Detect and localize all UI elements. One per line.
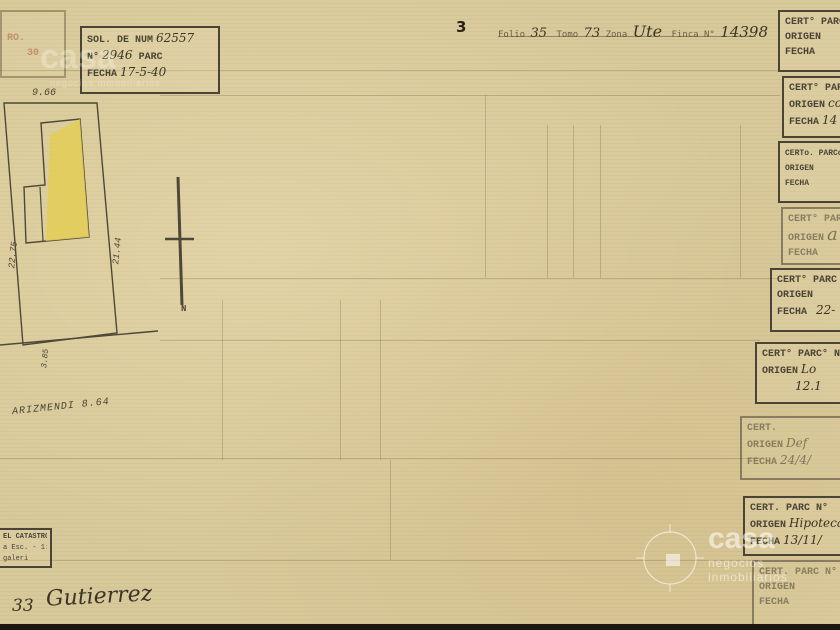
grid-line [222,300,223,460]
cert-stamp: CERT° PARC° N° ORIGENLo 12.1 [755,342,840,404]
fecha-label: FECHA [785,179,809,188]
fecha-label: FECHA [788,248,818,259]
grid-line [160,278,780,279]
origen-value: co [828,96,840,110]
fecha-value: 22- [816,303,835,317]
sol-fecha-value: 17-5-40 [120,65,166,79]
zona-value: Ute [633,22,662,41]
watermark-tagline-top: negocios inmobiliarios [50,78,161,88]
cert-label: CERT° PARC [788,212,840,227]
fecha-label: FECHA [789,117,819,128]
fecha-label: FECHA [759,597,789,608]
cert-label: CERT° PARC [777,273,840,288]
origen-value: a [827,227,838,245]
cert-label: CERT. [747,421,840,436]
cert-stamp: CERT° PARC ORIGEN FECHA [778,10,840,72]
grid-line [485,95,486,278]
cert-label: CERT° PARC [789,81,840,96]
grid-line [573,125,574,278]
origen-label: ORIGEN [785,32,821,43]
folio-value: 35 [531,26,548,41]
bottom-border [0,624,840,630]
signature: Gutierrez [45,581,152,612]
tomo-label: Tomo [556,30,578,40]
grid-line [547,125,548,278]
header-fields: Folio 35 Tomo 73 Zona Ute Finca N° 14398 [498,22,768,41]
origen-value: Def [786,436,807,450]
tomo-value: 73 [584,26,601,41]
north-arrow-icon [160,175,200,315]
origen-label: ORIGEN [788,233,824,244]
cert-stamp: CERT. ORIGENDef FECHA24/4/ [740,416,840,480]
finca-label: Finca N° [671,30,714,40]
header-underline [498,36,756,37]
origen-label: ORIGEN [762,366,798,377]
fecha-value: 13/11/ [783,533,822,547]
cert-label: CERT° PARC° N° [762,347,840,362]
finca-value: 14398 [720,23,768,41]
watermark-brand: casa [708,522,775,556]
cert-label: CERTo. PARCo. [785,146,840,161]
cert-stamp: CERT° PARC ORIGENco FECHA14 [782,76,840,138]
fecha-value: 12.1 [795,379,822,393]
sol-num-value: 62557 [156,31,194,45]
fecha-value: 24/4/ [780,453,811,467]
grid-line [340,300,341,460]
origen-label: ORIGEN [785,164,814,173]
fecha-label: FECHA [747,457,777,468]
watermark-logo-icon [630,518,710,598]
grid-line [160,95,780,96]
catastro-line1: EL CATASTRO [3,532,47,543]
fecha-value: 14 [822,113,837,127]
grid-line [160,340,760,341]
parc-suffix: PARC [139,52,163,63]
cadastral-sheet: 3 Folio 35 Tomo 73 Zona Ute Finca N° 143… [0,0,840,624]
origen-value: Lo [801,362,816,376]
origen-label: ORIGEN [789,100,825,111]
fecha-label: FECHA [777,307,807,318]
cert-stamp: CERTo. PARCo. ORIGEN FECHA [778,141,840,203]
catastro-line2: a Esc. - 1: 500 [3,543,47,554]
cert-stamp: CERT° PARC ORIGENa FECHA [781,207,840,265]
watermark-brand-top: casa [40,38,116,77]
zona-label: Zona [606,30,628,40]
catastro-line3: galeri [3,554,47,565]
grid-line [380,300,381,460]
folio-label: Folio [498,30,525,40]
grid-line [600,125,601,278]
grid-line [390,460,391,560]
street-label: ARIZMENDI 8.64 [12,397,111,418]
cert-stamp: CERT° PARC ORIGEN FECHA 22- [770,268,840,332]
footer-number: 33 [12,596,34,616]
bottom-dimension: 3.85 [40,348,51,368]
grid-line [740,125,741,278]
cert-label: CERT° PARC [785,15,840,30]
watermark-tagline: negocios inmobiliarios [708,556,840,584]
origen-label: ORIGEN [747,440,783,451]
lot-plan [0,95,170,355]
sheet-number: 3 [456,18,466,36]
cert-label: CERT. PARC N° [750,501,840,516]
north-label: N [181,304,186,314]
fecha-label: FECHA [785,47,815,58]
origen-value: Hipoteca [789,516,840,530]
catastro-stamp: EL CATASTRO a Esc. - 1: 500 galeri [0,528,52,568]
origen-label: ORIGEN [777,290,813,301]
